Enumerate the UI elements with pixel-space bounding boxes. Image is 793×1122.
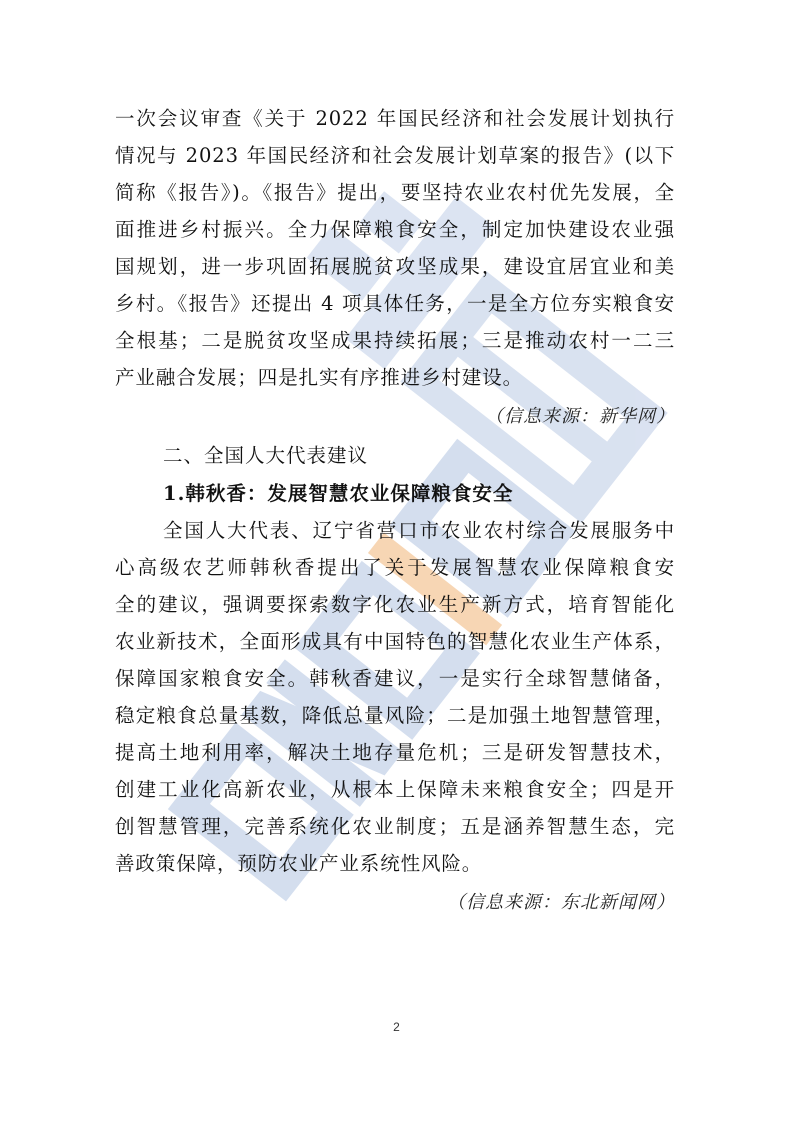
paragraph-line: 情况与 2023 年国民经济和社会发展计划草案的报告》(以下 [115, 137, 675, 174]
document-page: 一次会议审查《关于 2022 年国民经济和社会发展计划执行 情况与 2023 年… [0, 0, 793, 1122]
paragraph-line: 提高土地利用率，解决土地存量危机；三是研发智慧技术， [115, 734, 675, 771]
paragraph-line: 简称《报告》)。《报告》提出，要坚持农业农村优先发展，全 [115, 174, 675, 211]
paragraph-line: 善政策保障，预防农业产业系统性风险。 [115, 845, 675, 882]
paragraph-line: 稳定粮食总量基数，降低总量风险；二是加强土地智慧管理， [115, 697, 675, 734]
paragraph-line: 一次会议审查《关于 2022 年国民经济和社会发展计划执行 [115, 100, 675, 137]
source-citation: （信息来源：东北新闻网） [447, 884, 675, 921]
paragraph-line: 全国人大代表、辽宁省营口市农业农村综合发展服务中 [163, 512, 675, 549]
section-heading: 二、全国人大代表建议 [163, 437, 368, 474]
paragraph-line: 面推进乡村振兴。全力保障粮食安全，制定加快建设农业强 [115, 211, 675, 248]
paragraph-line: 心高级农艺师韩秋香提出了关于发展智慧农业保障粮食安 [115, 549, 675, 586]
paragraph-line: 农业新技术，全面形成具有中国特色的智慧化农业生产体系， [115, 623, 675, 660]
paragraph-line: 国规划，进一步巩固拓展脱贫攻坚成果，建设宜居宜业和美 [115, 248, 675, 285]
page-number: 2 [0, 1020, 793, 1034]
subsection-heading: 1.韩秋香：发展智慧农业保障粮食安全 [163, 475, 513, 512]
paragraph-line: 全根基；二是脱贫攻坚成果持续拓展；三是推动农村一二三 [115, 322, 675, 359]
paragraph-line: 全的建议，强调要探索数字化农业生产新方式，培育智能化 [115, 586, 675, 623]
paragraph-line: 乡村。《报告》还提出 4 项具体任务，一是全方位夯实粮食安 [115, 285, 675, 322]
paragraph-line: 创智慧管理，完善系统化农业制度；五是涵养智慧生态，完 [115, 808, 675, 845]
paragraph-line: 创建工业化高新农业，从根本上保障未来粮食安全；四是开 [115, 771, 675, 808]
paragraph-line: 产业融合发展；四是扎实有序推进乡村建设。 [115, 359, 675, 396]
paragraph-line: 保障国家粮食安全。韩秋香建议，一是实行全球智慧储备， [115, 660, 675, 697]
source-citation: （信息来源：新华网） [485, 398, 675, 435]
